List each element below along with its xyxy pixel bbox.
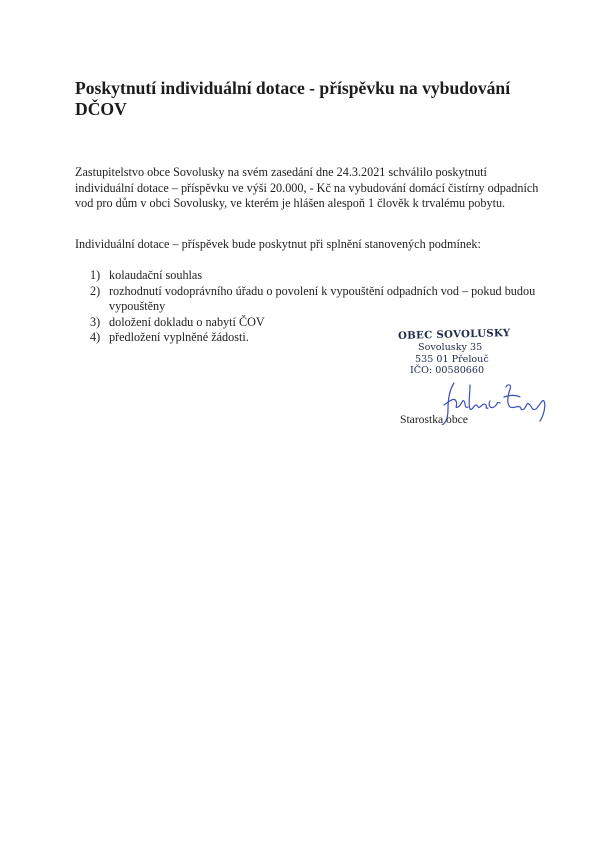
condition-text: doložení dokladu o nabytí ČOV	[109, 315, 265, 329]
signatory-role: Starostka obce	[400, 413, 468, 426]
stamp-name: OBEC SOVOLUSKY	[398, 326, 540, 342]
stamp-city: 535 01 Přelouč	[415, 354, 540, 366]
document-title: Poskytnutí individuální dotace - příspěv…	[75, 78, 545, 120]
condition-text: kolaudační souhlas	[109, 268, 202, 282]
condition-item: 2) rozhodnutí vodoprávního úřadu o povol…	[90, 284, 540, 315]
condition-item: 1) kolaudační souhlas	[90, 268, 540, 284]
condition-text: předložení vyplněné žádosti.	[109, 330, 249, 344]
condition-text: rozhodnutí vodoprávního úřadu o povolení…	[109, 284, 535, 314]
resolution-paragraph: Zastupitelstvo obce Sovolusky na svém za…	[75, 165, 545, 212]
condition-number: 2)	[90, 284, 100, 300]
condition-number: 1)	[90, 268, 100, 284]
conditions-intro: Individuální dotace – příspěvek bude pos…	[75, 237, 545, 253]
document-page: Poskytnutí individuální dotace - příspěv…	[0, 0, 600, 849]
municipal-stamp: OBEC SOVOLUSKY Sovolusky 35 535 01 Přelo…	[400, 330, 540, 377]
condition-number: 3)	[90, 315, 100, 331]
condition-number: 4)	[90, 330, 100, 346]
stamp-address: Sovolusky 35	[418, 342, 540, 354]
